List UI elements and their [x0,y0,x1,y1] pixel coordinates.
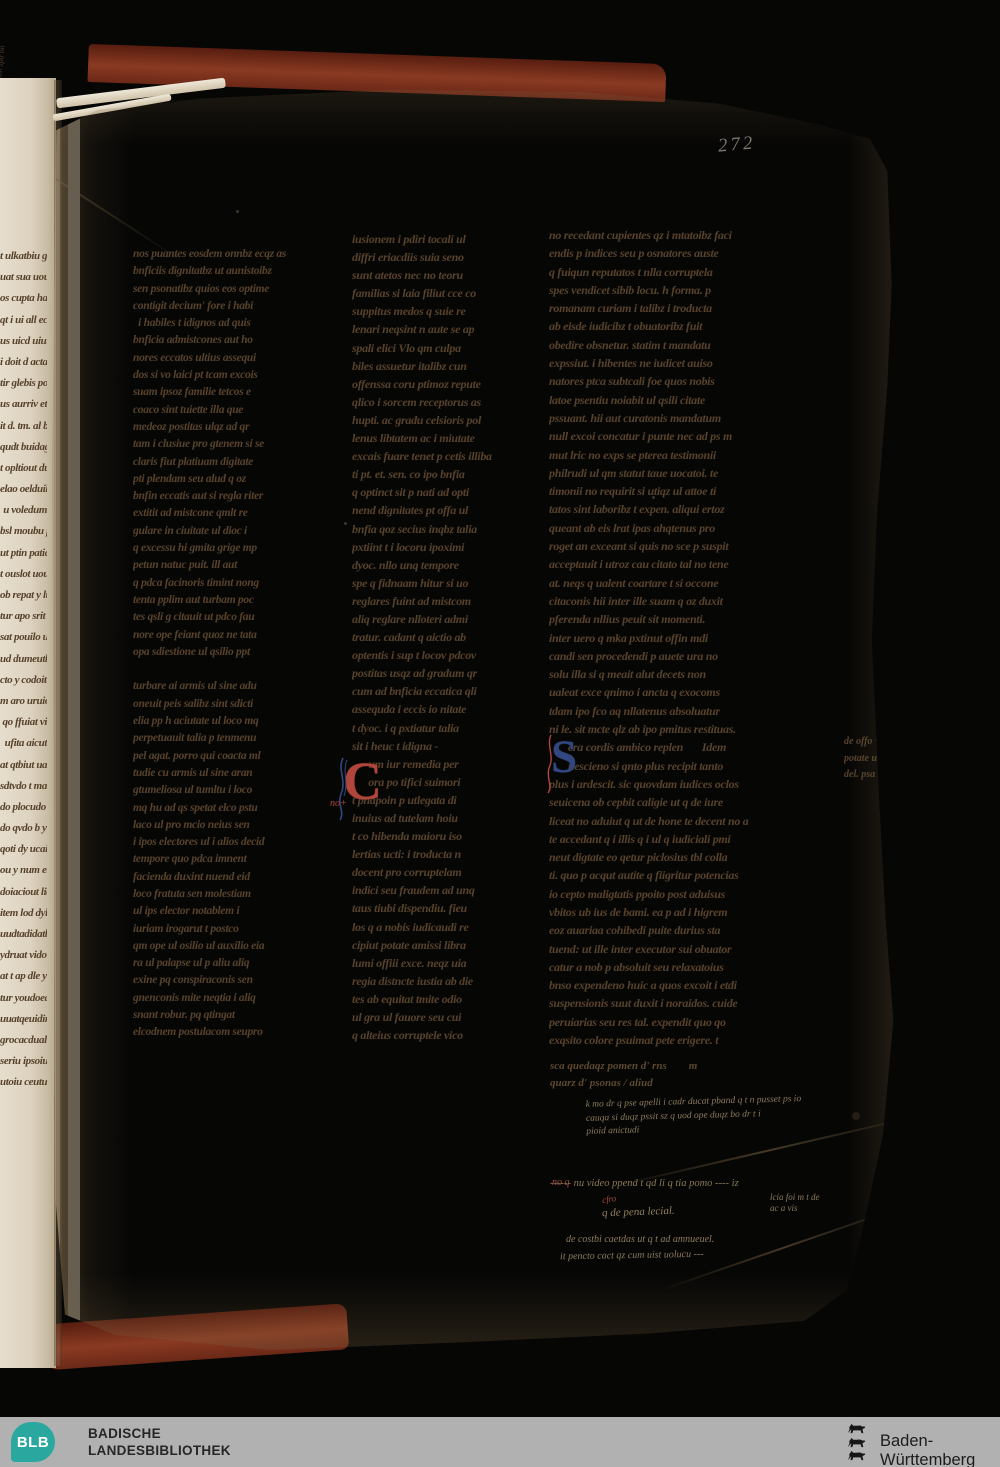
text-line: aliq reglare nlloteri admi [352,612,552,630]
text-line: vbitos ub ius de bami. ea p ad i higrem [549,905,855,923]
text-line: ut ptin patial [0,547,47,568]
text-line: lumi offiii exce. neqz uia [352,956,552,974]
ink-speck [304,1310,306,1312]
text-line: claris fiut platiuam digitate [133,456,349,473]
text-line: seriu ipsoiu [0,1055,47,1076]
text-line: medeoz postitas ulqz ad qr [133,421,349,438]
text-line: nos puantes eosdem onnbz ecqz as [133,248,349,265]
text-line: nescieno si qnto plus recipit tanto [549,759,855,777]
text-line: del. psa - [844,769,916,786]
text-line: qudt buidagu [0,441,47,462]
text-line: pti plendam seu alud q oz [133,473,349,490]
facing-page-strip: t ulkatbiu gduat sua uouos cupta hamqt i… [0,78,56,1368]
text-line: gnenconis mite neqtia i aliq [133,992,349,1009]
text-line: gulare in ciuitate ul dioc i [133,525,349,542]
text-line: roget an exceant si quis no sce p suspit [549,539,855,557]
ink-speck [652,496,655,499]
text-line: lenus libtatem ac i miutate [352,431,552,449]
text-line: diffri eriacdiis suia seno [352,250,552,268]
text-line: do plocudo aud [0,801,47,822]
decorated-initial-s: S [551,734,577,781]
text-line: i habiles t idignos ad quis [133,317,349,334]
text-line: bnfin eccatis aut si regla riter [133,490,349,507]
text-line: qt i ui all ecta [0,314,47,335]
blb-logo-text: BLB [17,1434,49,1451]
text-line: q alteius corruptele vico [352,1028,552,1046]
text-line: acceptauit i utroz cau citato tal no ten… [549,557,855,575]
text-line: ufita aicut [0,737,47,758]
decorated-initial-c: C [343,754,382,808]
digitized-manuscript-view: t ulkatbiu gduat sua uouos cupta hamqt i… [0,0,1000,1467]
text-line: ni le. sit mcte qlz ab ipo pmitus restit… [549,722,855,740]
text-line: t dyoc. i q pxtiatur talia [352,721,552,739]
text-line: bnficia admistcones aut ho [133,334,349,351]
text-line: os cupta ham [0,292,47,313]
text-line: extitit ad mistcone qmlt re [133,507,349,524]
text-line: bnso expendeno huic a quos excoit i etdi [549,978,855,996]
text-line: i doit d actaul [0,356,47,377]
text-line: solu illa si q meait alut decets non [549,667,855,685]
text-line: philrudi ul qm statut taue uocatoi. te [549,466,855,484]
text-line: grocacdual suim [0,1034,47,1055]
text-line: pxtiint t i locoru ipoximi [352,540,552,558]
text-line: bnficiis dignitatbz ut aunistoibz [133,265,349,282]
text-line: excais fuare tenet p cetis illiba [352,449,552,467]
library-name-line1: BADISCHE [88,1425,231,1442]
blb-logo: BLB [11,1422,55,1462]
text-line: ul gra ul fauore seu cui [352,1010,552,1028]
text-line: ob repat y ludu [0,589,47,610]
text-line: us aurriv eta [0,398,47,419]
text-line: ti. quo p acqut autite q fiigritur poten… [549,868,855,886]
text-line: inuius ad tutelam hoiu [352,811,552,829]
text-column-right: no recedant cupientes qz i mtatoibz faci… [549,228,855,1051]
text-line: sca quedaqz pomen d' rns m [550,1060,697,1077]
text-line: de offo + - [844,736,916,753]
text-line: ti pt. et. sen. co ipo bnfia [352,467,552,485]
gutter-shading [46,82,130,1350]
text-line: u voledum [0,504,47,525]
text-line: romanam curiam i talibz i troducta [549,301,855,319]
text-line: suppitus medos q suie re [352,304,552,322]
state-name: Baden-Württemberg [880,1432,1000,1467]
text-line: tdam ipo fco aq nllatenus absoluatur [549,704,855,722]
nota-mark: no+ [330,798,347,809]
text-line: item lod dylaio [0,907,47,928]
text-line: tes qsli g citauit ut pdco fau [133,611,349,628]
blue-flourish-icon [336,756,350,822]
text-line: iuriam irogarut t postco [133,923,349,940]
text-line: perpetuauit talia p tenmenu [133,732,349,749]
text-line: qoti dy ucai do [0,843,47,864]
text-line: expssiut. i hibentes ne iudicet auiso [549,356,855,374]
text-line: uudtadidatbu [0,928,47,949]
text-line: mut lric no exps se pterea testimonii [549,448,855,466]
text-line: nores eccatos ultius assequi [133,352,349,369]
text-line: spali elici Vlo qm culpa [352,341,552,359]
folio-number: 272 [717,132,756,157]
text-line: at t ap dle yu [0,970,47,991]
annotation-block2-line4: it pencto cact qz cum uist uolucu --- [560,1249,704,1263]
text-line: q excessu hi gmita grige mp [133,542,349,559]
text-line: tempore quo pdca imnent [133,853,349,870]
text-line: docent pro corruptelam [352,865,552,883]
text-line: suspensionis suut duxit i noraidos. cuid… [549,996,855,1014]
text-line: potate ui - [844,753,916,770]
text-line: t co hibenda maioru iso [352,829,552,847]
text-line: era cordis ambico replen Idem [549,740,855,758]
text-line: t opltiout du [0,462,47,483]
text-line: mq hu ad qs spetat elco pstu [133,802,349,819]
text-line: contigit decium' fore i habi [133,300,349,317]
text-line: cto y codoitem [0,674,47,695]
annotation-block2-line3: de costbi caetdas ut q t ad amnueuel. [566,1234,714,1245]
text-line: m aro uruioe [0,695,47,716]
text-line: hupti. ac gradu celsioris pol [352,413,552,431]
text-line: coaco sint tuiette illa que [133,404,349,421]
text-line: t pnapoin p utlegata di [352,793,552,811]
text-line: utoiu ceutur [0,1076,47,1097]
library-name-line2: LANDESBIBLIOTHEK [88,1442,231,1459]
annotation-red-mark: cfro [601,1193,616,1205]
text-line: tam i clusiue pro gtenem si se [133,438,349,455]
text-line: tatos sint laboribz t expen. aliqui erto… [549,502,855,520]
text-line: ac a vis [770,1203,820,1214]
text-line: endis p indices seu p osnatores auste [549,246,855,264]
parchment-crease [658,1202,914,1292]
text-line: cum ad bnficia eccatica qli [352,684,552,702]
text-line: t ouslot uoul [0,568,47,589]
annotation-block2-line1: ------ nu video ppend t qd li q tia pomo… [550,1178,739,1189]
text-line: loco fratuta sen molestiam [133,888,349,905]
text-line: doiaciout lide [0,886,47,907]
margin-gloss: de offo + -potate ui -del. psa - [844,736,916,786]
text-line: spes vendicet sibib locu. h forma. p [549,283,855,301]
text-line: ab eisde iudicibz t obuatoribz fuit [549,319,855,337]
text-line: spe q fidnaam hitur si uo [352,576,552,594]
text-line: opa sdiestione ul qsilio ppt [133,646,349,663]
annotation-block1-faded: k mo dr q pse apelli i cadr ducat pband … [586,1094,803,1140]
text-line: qo ffuiat vi [0,716,47,737]
text-line: gtumeliosa ul tumltu i loco [133,784,349,801]
text-line: citaconis hii inter ille suam q oz duxit [549,594,855,612]
text-line: exine pq conspiraconis sen [133,974,349,991]
ink-speck [344,522,347,525]
text-line: q optinct sit p nati ad opti [352,485,552,503]
annotation-block1-dark: sca quedaqz pomen d' rns mquarz d' psona… [550,1060,697,1094]
text-line: tes ab equitat tmite odio [352,992,552,1010]
text-line: lcia foi m t de [770,1192,820,1203]
text-line: dyoc. nllo unq tempore [352,558,552,576]
text-line: do qvdo b y qut o [0,822,47,843]
text-line: bnfia qoz secius inqbz talia [352,522,552,540]
text-line: iusionem i pdiri tocali ul [352,232,552,250]
text-line: candi sen procedendi p auete ura no [549,649,855,667]
lion-icon [843,1437,869,1448]
text-line: pferenda nllius peuit sit momenti. [549,612,855,630]
text-line: turbare ai armis ul sine adu [133,680,349,697]
text-line: ul ips elector notablem i [133,905,349,922]
library-name: BADISCHE LANDESBIBLIOTHEK [88,1425,231,1459]
ink-speck [236,210,239,213]
text-line: oneuit peis salibz sint sdicti [133,698,349,715]
text-line: facienda duxint nuend eid [133,871,349,888]
text-line: ou y num etat [0,864,47,885]
text-line: catur a nob p absoluit seu relaxatoius [549,960,855,978]
text-line: queant ab eis lrat ipas ahqtenus pro [549,521,855,539]
text-line: io cepto maligtatis ppoito post aduisus [549,887,855,905]
text-line: natores ptca subtcali foe quos nobis [549,374,855,392]
text-line: t ulkatbiu gd [0,250,47,271]
text-line: sat pouilo ue du [0,631,47,652]
text-line: plus i ardescit. sic quovdam iudices ocl… [549,777,855,795]
text-line: tur apo srit et [0,610,47,631]
facing-page-text-fragments: t ulkatbiu gduat sua uouos cupta hamqt i… [0,250,47,1098]
text-line: tudie cu armis ul sine aran [133,767,349,784]
text-line: offenssa coru ptimoz repute [352,377,552,395]
text-line: uat sua uou [0,271,47,292]
text-line: postitas usqz ad gradum qr [352,666,552,684]
text-line: qm ope ul osilio ul auxilio eia [133,940,349,957]
text-line: q fuiqun reputatos t nlla corruptela [549,265,855,283]
text-line: snant robur. pq qtingat [133,1009,349,1026]
text-line: obedire obsnetur. statim t mandatu [549,338,855,356]
text-line: sdtvdo t mauue [0,780,47,801]
text-line: dos si vo laici pt tcam excois [133,369,349,386]
text-line [133,663,349,680]
text-line: nore ope feiant quoz ne tata [133,629,349,646]
text-line: tir glebis pou [0,377,47,398]
text-line: taus tiubi dispendiu. fieu [352,901,552,919]
text-line: biles assuetur italibz cun [352,359,552,377]
text-line: sen psonatibz quios eos optime [133,283,349,300]
text-line: at qtbiut ua [0,759,47,780]
annotation-block2-line2: q de pena lecial. [602,1205,675,1220]
text-line: uuatqeuidin [0,1013,47,1034]
text-line: ydruat vido ye [0,949,47,970]
text-line: ud dumeutbe [0,653,47,674]
text-line: null excoi concatur i punte nec ad ps m [549,429,855,447]
text-line: assequda i eccis io nitate [352,702,552,720]
text-line: timonii no requirit si utiqz ul attoe ti [549,484,855,502]
text-line: elcodnem postulacom seupro [133,1026,349,1043]
text-line: ra ul palapse ul p aliu aliq [133,957,349,974]
text-line: quarz d' psonas / aliud [550,1077,697,1094]
text-line: no recedant cupientes qz i mtatoibz faci [549,228,855,246]
text-line: ualeat exce qnimo i ancta q exocoms [549,685,855,703]
text-line: elia pp h aciutate ul loco mq [133,715,349,732]
text-line: it d. tm. al bor [0,420,47,441]
text-line: regia distncte iustia ab die [352,974,552,992]
text-line: te accedant q i illis q i ul q iudiciali… [549,832,855,850]
manuscript-page: 272 nos puantes eosdem onnbz ecqz asbnfi… [46,82,908,1350]
text-line: um iur remedia per [352,757,552,775]
text-line: tur youdoed [0,992,47,1013]
text-line: eoz auariaa cohibedi puite durius sta [549,923,855,941]
text-line: q pdca facinoris timint nong [133,577,349,594]
text-line: cipiut potate amissi libra [352,938,552,956]
text-line: liceat no aduiut q ut de hone te decent … [549,814,855,832]
lion-icon [843,1450,869,1461]
lion-icon [843,1423,869,1434]
text-line: lenari neqsint n aute se ap [352,322,552,340]
text-line: petun natuc puit. ill aut [133,559,349,576]
footer-bar: BLB BADISCHE LANDESBIBLIOTHEK Baden-Würt… [0,1417,1000,1467]
text-line: familias si laia filiut cce co [352,286,552,304]
text-line: exqsito colore psuimat pete erigere. t [549,1033,855,1051]
text-line: los q a nobis iudicaudi re [352,920,552,938]
text-line: reglares fuint ad mistcom [352,594,552,612]
text-line: ora po tifici suimori [352,775,552,793]
text-line: nend dignitates pt offa ul [352,503,552,521]
text-line: sit i heuc t idigna - [352,739,552,757]
text-line: elao oelduil [0,483,47,504]
text-line: seuicena ob cepbit caligie ut q de iure [549,795,855,813]
text-line: neut digtate eo qetur piclosius tbl coll… [549,850,855,868]
text-line: tratur. cadant q aictio ab [352,630,552,648]
text-line: i ipos electores ul i alios decid [133,836,349,853]
text-line: qlico i sorcem receptorus as [352,395,552,413]
text-line: sunt atetos nec no teoru [352,268,552,286]
text-line: pel agat. porro qui coacta ml [133,750,349,767]
text-line: tuend: ut ille inter executor sui obuato… [549,942,855,960]
text-line: laco ul pro mcio neius sen [133,819,349,836]
text-column-middle: iusionem i pdiri tocali uldiffri eriacdi… [352,232,552,1046]
annotation-block2-sub: lcia foi m t deac a vis [770,1192,820,1214]
text-line: indici seu fraudem ad unq [352,883,552,901]
text-line: bsl moubu pdit [0,525,47,546]
text-line: peruiarias seu res tal. expendit quo qo [549,1015,855,1033]
text-line: latoe psentiu noiabit ul qsili citate [549,393,855,411]
text-line: suam ipsoz familie tetcos e [133,386,349,403]
text-line: lertias ucti: i troducta n [352,847,552,865]
baden-wuerttemberg-coat-of-arms [843,1423,871,1461]
text-line: pssuant. hii aut curatonis mandatum [549,411,855,429]
text-line: tenta pplim aut turbam poc [133,594,349,611]
red-flourish-icon [545,734,557,794]
text-line: us uicd uiut [0,335,47,356]
text-line: inter uero q mka pxtinut offin mdi [549,631,855,649]
text-column-left: nos puantes eosdem onnbz ecqz asbnficiis… [133,248,349,1044]
text-line: optentis i sup t locov pdcov [352,648,552,666]
ink-blot [852,1112,860,1120]
text-line: at. neqs q ualent coartare t si occone [549,576,855,594]
